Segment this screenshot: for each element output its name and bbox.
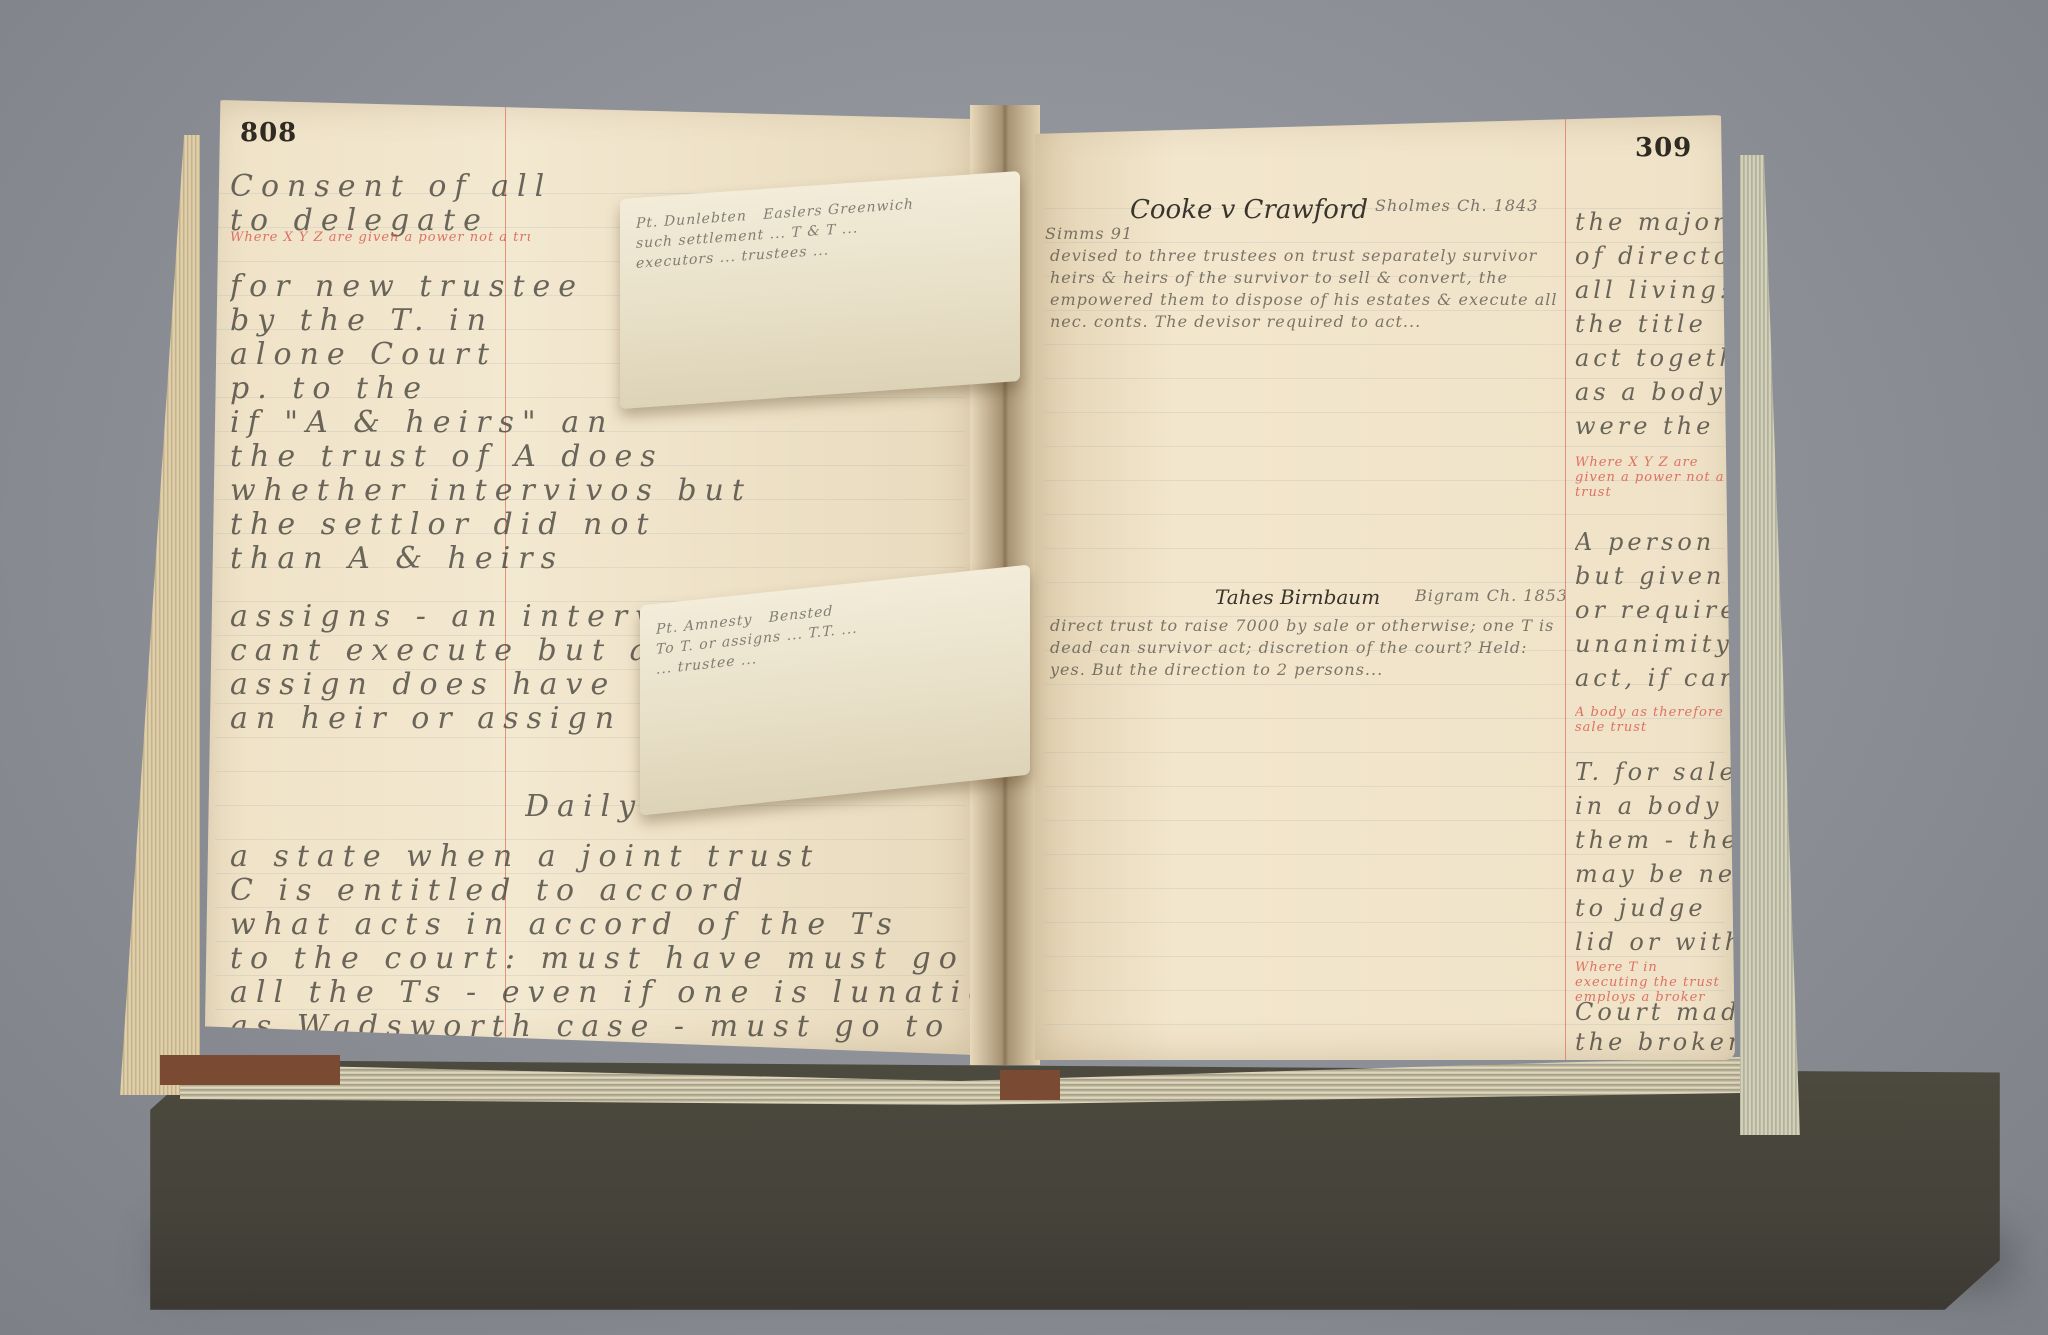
margin-column-line: all living: must — [1575, 273, 1735, 307]
slip-handwriting: Pt. Dunlebten Easlers Greenwich such set… — [636, 188, 1004, 392]
margin-column-line: them - the — [1575, 823, 1735, 857]
right-page: 309 Cooke v Crawford Sholmes Ch. 1843 Si… — [1035, 115, 1735, 1060]
margin-column-line: A person — [1575, 525, 1735, 559]
margin-column-line: but given — [1575, 559, 1735, 593]
handwriting-line: a state when a joint trust — [230, 840, 970, 874]
open-notebook: 808 Consent of all to delegate Where X Y… — [120, 95, 1800, 1095]
handwriting-line: than A & heirs — [230, 542, 950, 576]
dense-handwriting-block: devised to three trustees on trust separ… — [1050, 245, 1560, 605]
handwriting-line: all the Ts - even if one is lunatic — [230, 976, 970, 1010]
margin-column-line: T. for sale — [1575, 755, 1735, 789]
margin-column-line: were the T. represen — [1575, 409, 1735, 443]
cover-corner-center — [1000, 1070, 1060, 1100]
margin-column-line: or require — [1575, 593, 1735, 627]
handwriting-line: to the court: must have must go — [230, 942, 970, 976]
page-number-left: 808 — [240, 118, 297, 148]
red-annotation: Where X Y Z are given a power not a trus… — [230, 230, 530, 245]
second-case-heading: Tahes Birnbaum — [1215, 585, 1380, 609]
inserted-paper-slip-lower: Pt. Amnesty Bensted To T. or assigns ...… — [640, 565, 1030, 816]
handwriting-line: the settlor did not — [230, 508, 950, 542]
case-citation: Sholmes Ch. 1843 — [1375, 195, 1575, 217]
page-number-right: 309 — [1635, 133, 1692, 163]
side-note: Simms 91 — [1045, 223, 1145, 245]
handwriting-line: C is entitled to accord — [230, 874, 970, 908]
cover-corner-left — [160, 1055, 340, 1085]
slip-handwriting: Pt. Amnesty Bensted To T. or assigns ...… — [656, 582, 1014, 798]
margin-column-line: the majority — [1575, 205, 1735, 239]
margin-column-line: in a body — [1575, 789, 1735, 823]
left-page-edges — [120, 135, 200, 1095]
margin-column-line: act, if can — [1575, 661, 1735, 695]
handwriting-line: whether intervivos but — [230, 474, 950, 508]
margin-column-line: may be needed — [1575, 857, 1735, 891]
handwriting-line: the trust of A does — [230, 440, 950, 474]
red-annotation: Where X Y Z are given a power not a trus… — [1575, 455, 1725, 500]
red-margin-line — [1565, 115, 1566, 1060]
inserted-paper-slip-upper: Pt. Dunlebten Easlers Greenwich such set… — [620, 171, 1020, 409]
second-case-citation: Bigram Ch. 1853 — [1415, 585, 1565, 607]
handwriting-line: what acts in accord of the Ts — [230, 908, 970, 942]
handwriting-line: if "A & heirs" an — [230, 406, 950, 440]
margin-column-line: of directors — [1575, 239, 1735, 273]
margin-column-line: unanimity — [1575, 627, 1735, 661]
dense-handwriting-block: direct trust to raise 7000 by sale or ot… — [1050, 615, 1560, 1045]
margin-column-line: as a body — [1575, 375, 1735, 409]
handwriting-line: as Wadsworth case - must go to — [230, 1010, 970, 1044]
case-heading: Cooke v Crawford — [1130, 195, 1368, 225]
margin-column-line: lid or with — [1575, 925, 1735, 959]
red-annotation: A body as therefore sale trust — [1575, 705, 1725, 735]
margin-column-line: act together — [1575, 341, 1735, 375]
right-page-edges — [1740, 155, 1800, 1135]
margin-column-line: the title — [1575, 307, 1735, 341]
margin-column-line: to judge — [1575, 891, 1735, 925]
margin-column-line: the broker — [1575, 1025, 1735, 1059]
margin-column-line: Court made — [1575, 995, 1735, 1029]
